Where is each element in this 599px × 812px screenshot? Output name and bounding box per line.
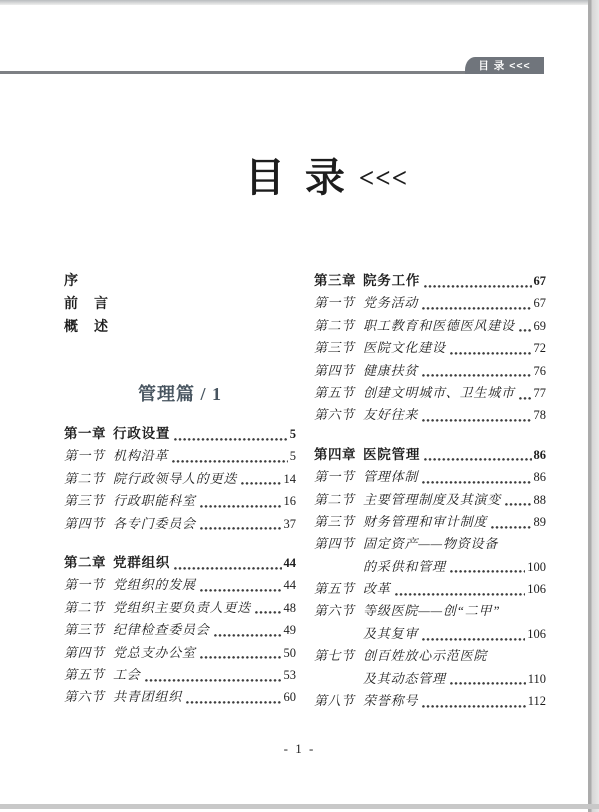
entry-title: 创百姓放心示范医院	[363, 645, 487, 667]
dot-leader	[491, 526, 531, 529]
section-entry: 及其复审106	[314, 623, 546, 645]
chapter-block: 第三章院务工作67第一节党务活动67第二节职工教育和医德医风建设69第三节医院文…	[314, 270, 546, 427]
entry-label: 第五节	[314, 382, 363, 404]
section-entry: 第二节院行政领导人的更迭14	[64, 468, 296, 490]
entry-label	[314, 623, 363, 645]
entry-title: 职工教育和医德医风建设	[363, 315, 515, 337]
entry-page-number: 106	[527, 623, 546, 645]
dot-leader	[450, 570, 525, 573]
section-entry: 第七节创百姓放心示范医院	[314, 645, 546, 667]
entry-page-number: 67	[534, 292, 547, 314]
entry-page-number: 110	[528, 668, 546, 690]
entry-title: 及其动态管理	[363, 668, 446, 690]
entry-label: 第一章	[64, 423, 113, 445]
section-entry: 第三节纪律检查委员会49	[64, 619, 296, 641]
dot-leader	[395, 593, 526, 596]
entry-title: 改革	[363, 578, 391, 600]
entry-page-number: 89	[534, 511, 547, 533]
dot-leader	[422, 705, 526, 708]
dot-leader	[200, 589, 282, 592]
dot-leader	[200, 656, 282, 659]
entry-title: 荣誉称号	[363, 690, 418, 712]
entry-label: 第一节	[64, 574, 113, 596]
entry-title: 院行政领导人的更迭	[113, 468, 237, 490]
entry-label	[314, 668, 363, 690]
entry-label: 第一节	[64, 445, 113, 467]
entry-title: 党群组织	[113, 552, 170, 574]
entry-label	[314, 556, 363, 578]
entry-title: 纪律检查委员会	[113, 619, 210, 641]
page-number: - 1 -	[0, 741, 599, 757]
entry-title: 机构沿革	[113, 445, 168, 467]
dot-leader	[424, 458, 531, 461]
entry-title: 健康扶贫	[363, 360, 418, 382]
section-entry: 第一节管理体制86	[314, 466, 546, 488]
entry-label: 第二节	[314, 315, 363, 337]
entry-label: 第四节	[64, 513, 113, 535]
entry-page-number: 48	[284, 597, 297, 619]
entry-page-number: 100	[527, 556, 546, 578]
entry-title: 财务管理和审计制度	[363, 511, 487, 533]
dot-leader	[450, 682, 526, 685]
entry-title: 各专门委员会	[113, 513, 196, 535]
entry-page-number: 112	[528, 690, 546, 712]
chapter-block: 第二章党群组织44第一节党组织的发展44第二节党组织主要负责人更迭48第三节纪律…	[64, 552, 296, 709]
section-entry: 的采供和管理100	[314, 556, 546, 578]
entry-title: 主要管理制度及其演变	[363, 489, 501, 511]
entry-page-number: 14	[284, 468, 297, 490]
chapter-block: 第一章行政设置5第一节机构沿革5第二节院行政领导人的更迭14第三节行政职能科室1…	[64, 423, 296, 535]
chapter-entry: 第四章医院管理86	[314, 444, 546, 466]
entry-title: 等级医院——创“二甲”	[363, 600, 500, 622]
entry-title: 党务活动	[363, 292, 418, 314]
entry-page-number: 86	[534, 466, 547, 488]
section-entry: 第一节党务活动67	[314, 292, 546, 314]
entry-label: 第六节	[314, 404, 363, 426]
chapter-entry: 第一章行政设置5	[64, 423, 296, 445]
entry-page-number: 106	[527, 578, 546, 600]
section-entry: 第二节职工教育和医德医风建设69	[314, 315, 546, 337]
section-entry: 第四节党总支办公室50	[64, 642, 296, 664]
entry-title: 固定资产——物资设备	[363, 533, 498, 555]
entry-label: 第四节	[64, 642, 113, 664]
dot-leader	[214, 634, 282, 637]
front-matter-item: 前 言	[64, 293, 296, 316]
entry-page-number: 77	[534, 382, 547, 404]
entry-title: 党组织的发展	[113, 574, 196, 596]
entry-label: 第八节	[314, 690, 363, 712]
dot-leader	[200, 527, 282, 530]
scan-edge-top	[0, 0, 599, 5]
dot-leader	[519, 397, 532, 400]
entry-label: 第四节	[314, 360, 363, 382]
section-entry: 第二节党组织主要负责人更迭48	[64, 597, 296, 619]
entry-title: 及其复审	[363, 623, 418, 645]
dot-leader	[200, 505, 282, 508]
entry-label: 第六节	[64, 686, 113, 708]
entry-title: 友好往来	[363, 404, 418, 426]
entry-page-number: 5	[290, 423, 296, 445]
entry-title: 管理体制	[363, 466, 418, 488]
header-rule	[0, 71, 467, 74]
toc-column-right: 第三章院务工作67第一节党务活动67第二节职工教育和医德医风建设69第三节医院文…	[314, 270, 546, 712]
page-title-text: 目 录	[245, 146, 350, 203]
front-matter-item: 序	[64, 270, 296, 293]
entry-label: 第二节	[64, 597, 113, 619]
entry-label: 第三节	[314, 337, 363, 359]
section-entry: 第五节创建文明城市、卫生城市77	[314, 382, 546, 404]
entry-label: 第一节	[314, 466, 363, 488]
entry-label: 第三章	[314, 270, 363, 292]
chapters-right: 第三章院务工作67第一节党务活动67第二节职工教育和医德医风建设69第三节医院文…	[314, 270, 546, 712]
dot-leader	[186, 701, 281, 704]
chapters-left: 第一章行政设置5第一节机构沿革5第二节院行政领导人的更迭14第三节行政职能科室1…	[64, 423, 296, 709]
section-entry: 第四节固定资产——物资设备	[314, 533, 546, 555]
section-entry: 第二节主要管理制度及其演变88	[314, 489, 546, 511]
section-entry: 第一节党组织的发展44	[64, 574, 296, 596]
entry-label: 第三节	[64, 619, 113, 641]
dot-leader	[241, 482, 281, 485]
section-entry: 第三节医院文化建设72	[314, 337, 546, 359]
section-entry: 第三节财务管理和审计制度89	[314, 511, 546, 533]
entry-title: 共青团组织	[113, 686, 182, 708]
dot-leader	[422, 374, 531, 377]
entry-page-number: 53	[284, 664, 297, 686]
dot-leader	[422, 307, 531, 310]
dot-leader	[145, 679, 282, 682]
scanned-toc-page: 目 录 <<< 目 录 <<< 序 前 言 概 述 管理篇 / 1 第一章行政设…	[0, 0, 599, 812]
dot-leader	[422, 419, 531, 422]
entry-page-number: 67	[534, 270, 547, 292]
section-entry: 第六节共青团组织60	[64, 686, 296, 708]
entry-title: 院务工作	[363, 270, 420, 292]
dot-leader	[172, 460, 288, 463]
section-entry: 第六节友好往来78	[314, 404, 546, 426]
entry-label: 第四节	[314, 533, 363, 555]
toc-column-left: 序 前 言 概 述 管理篇 / 1 第一章行政设置5第一节机构沿革5第二节院行政…	[64, 270, 296, 709]
entry-label: 第五节	[314, 578, 363, 600]
corner-tab-label: 目 录 <<<	[478, 58, 530, 73]
entry-label: 第二章	[64, 552, 113, 574]
entry-page-number: 72	[534, 337, 547, 359]
entry-page-number: 69	[534, 315, 547, 337]
section-entry: 第一节机构沿革5	[64, 445, 296, 467]
entry-page-number: 60	[284, 686, 297, 708]
page-title: 目 录 <<<	[0, 146, 599, 203]
dot-leader	[174, 438, 288, 441]
entry-page-number: 37	[284, 513, 297, 535]
entry-label: 第三节	[314, 511, 363, 533]
section-entry: 第六节等级医院——创“二甲”	[314, 600, 546, 622]
entry-title: 行政设置	[113, 423, 170, 445]
entry-title: 党组织主要负责人更迭	[113, 597, 251, 619]
section-entry: 第五节改革106	[314, 578, 546, 600]
dot-leader	[519, 329, 532, 332]
entry-page-number: 50	[284, 642, 297, 664]
section-entry: 第四节健康扶贫76	[314, 360, 546, 382]
section-entry: 第五节工会53	[64, 664, 296, 686]
dot-leader	[505, 503, 531, 506]
dot-leader	[174, 567, 281, 570]
chevrons-left-icon: <<<	[359, 163, 408, 194]
dot-leader	[255, 611, 281, 614]
section-entry: 及其动态管理110	[314, 668, 546, 690]
entry-label: 第七节	[314, 645, 363, 667]
entry-label: 第四章	[314, 444, 363, 466]
chapter-entry: 第三章院务工作67	[314, 270, 546, 292]
section-entry: 第三节行政职能科室16	[64, 490, 296, 512]
chapter-entry: 第二章党群组织44	[64, 552, 296, 574]
entry-title: 的采供和管理	[363, 556, 446, 578]
entry-title: 行政职能科室	[113, 490, 196, 512]
dot-leader	[422, 638, 525, 641]
entry-page-number: 5	[290, 445, 296, 467]
scan-edge-bottom	[0, 804, 599, 809]
chapter-block: 第四章医院管理86第一节管理体制86第二节主要管理制度及其演变88第三节财务管理…	[314, 444, 546, 713]
entry-title: 医院文化建设	[363, 337, 446, 359]
entry-title: 创建文明城市、卫生城市	[363, 382, 515, 404]
entry-label: 第二节	[64, 468, 113, 490]
dot-leader	[424, 285, 531, 288]
entry-page-number: 49	[284, 619, 297, 641]
entry-label: 第五节	[64, 664, 113, 686]
entry-title: 工会	[113, 664, 141, 686]
dot-leader	[422, 481, 531, 484]
dot-leader	[450, 352, 532, 355]
entry-title: 医院管理	[363, 444, 420, 466]
corner-tab: 目 录 <<<	[465, 57, 544, 74]
entry-page-number: 78	[534, 404, 547, 426]
part-heading: 管理篇 / 1	[64, 381, 296, 408]
section-entry: 第八节荣誉称号112	[314, 690, 546, 712]
entry-page-number: 88	[534, 489, 547, 511]
front-matter: 序 前 言 概 述	[64, 270, 296, 339]
entry-label: 第二节	[314, 489, 363, 511]
scan-edge-right	[588, 0, 599, 812]
entry-page-number: 76	[534, 360, 547, 382]
entry-label: 第一节	[314, 292, 363, 314]
front-matter-item: 概 述	[64, 316, 296, 339]
entry-page-number: 16	[284, 490, 297, 512]
entry-title: 党总支办公室	[113, 642, 196, 664]
entry-page-number: 44	[284, 552, 297, 574]
entry-page-number: 44	[284, 574, 297, 596]
entry-label: 第六节	[314, 600, 363, 622]
entry-page-number: 86	[534, 444, 547, 466]
entry-label: 第三节	[64, 490, 113, 512]
section-entry: 第四节各专门委员会37	[64, 513, 296, 535]
